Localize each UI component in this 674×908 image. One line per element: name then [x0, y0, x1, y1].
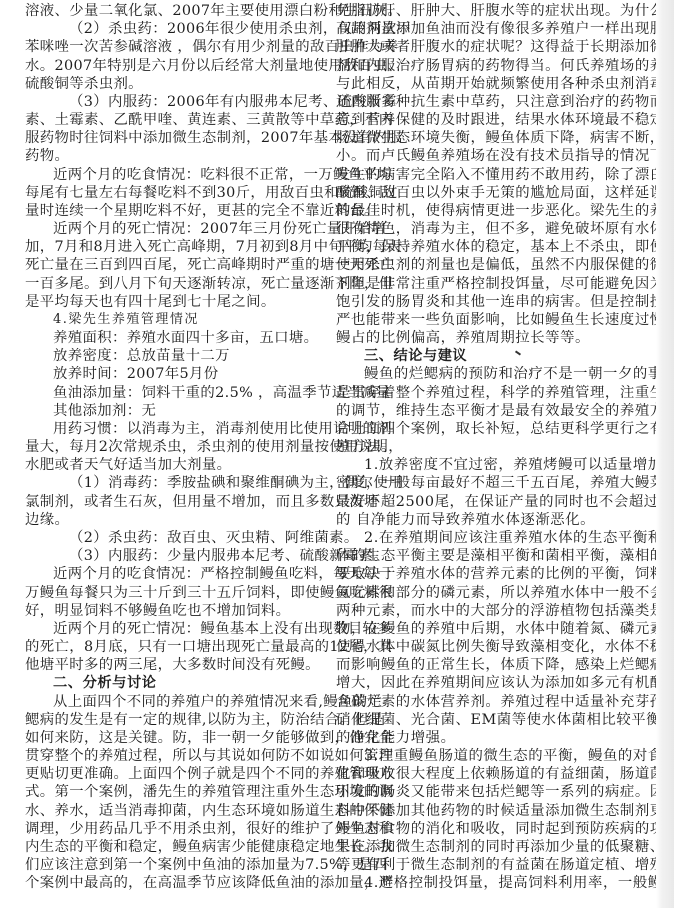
text-line: 近两个月的吃食情况：吃料很不正常，一万鳗鱼平均 — [25, 166, 335, 184]
text-line: 的死亡，8月底，只有一口塘出现死亡量最高的12尾，其 — [25, 638, 335, 656]
text-line: 含碳元素的水体营养剂。养殖过程中适量补充芽孢杆菌、 — [336, 693, 662, 711]
text-line: 殖方法。 — [336, 438, 662, 456]
text-line: 合上面四个案例，取长补短，总结更科学更行之有效的养 — [336, 420, 662, 438]
text-line: 高龄剂量添加鱼油而没有像很多养殖户一样出现脂肪肝、 — [336, 20, 662, 38]
text-line: 是平均每天也有四十尾到七十尾之间。 — [25, 293, 335, 311]
text-line: 调理，少用药品几乎不用杀虫剂，很好的维护了外生态和 — [25, 820, 335, 838]
text-line: 发生的病害完全陷入不懂用药不敢用药，除了漂白粉、硫 — [336, 166, 662, 184]
text-line: 用药习惯：以消毒为主，消毒剂使用比使用说明的剂 — [25, 420, 335, 438]
text-line: 的 自净能力而导致养殖水体逐渐恶化。 — [336, 511, 662, 529]
text-line: （3）内服药：少量内服弗本尼考、硫酸新霉素。 — [25, 547, 335, 565]
text-line: 万鳗鱼每餐只为三十斤到三十五斤饲料，即使鳗鱼吃料很 — [25, 584, 335, 602]
text-line: 鳗鱼对食物的消化和吸收，同时起到预防疾病的功效，如 — [336, 820, 662, 838]
text-line: 他塘平时多的两三尾，大多数时间没有死鳗。 — [25, 656, 335, 674]
text-line: 药物。 — [25, 147, 335, 165]
text-line: 溶液、少量二氧化氯、2007年主要使用漂白粉和生石灰。 — [25, 2, 335, 20]
right-column: 免脂肪肝、肝肿大、肝腹水等的症状出现。为什么潘先生高龄剂量添加鱼油而没有像很多养… — [336, 2, 662, 892]
text-line: 2.在养殖期间应该注重养殖水体的生态平衡和养殖水 — [336, 529, 662, 547]
text-line: 酸铜、敌百虫以外束手无策的尴尬局面，这样延误了治疗 — [336, 184, 662, 202]
text-line: 平衡，保持养殖水体的稳定，基本上不杀虫，即使杀虫， — [336, 238, 662, 256]
text-line: （1）消毒药：季胺盐碘和聚维酮碘为主，偶尔使用 — [25, 474, 335, 492]
text-line: 贯穿整个的养殖过程，所以与其说如何防不如说如何管理 — [25, 747, 335, 765]
text-line: 近两个月的吃食情况：严格控制鳗鱼吃料，每天每一 — [25, 565, 335, 583]
text-line: 而影响鳗鱼的正常生长，体质下降，感染上烂鳃病得机率 — [336, 656, 662, 674]
text-line: 剂但是非常注重严格控制投饵量，尽可能避免因为吃食过 — [336, 275, 662, 293]
text-line: 料中不添加其他药物的时候适量添加微生态制剂更有利于 — [336, 802, 662, 820]
text-line: 水肥或者天气好适当加大剂量。 — [25, 456, 335, 474]
text-line: 是贯穿着整个养殖过程，科学的养殖管理，注重生态环境 — [336, 384, 662, 402]
section-heading: 二、分析与讨论 — [25, 674, 335, 692]
text-line: 鳗鱼的烂鳃病的预防和治疗不是一朝一夕的事情，而 — [336, 365, 662, 383]
text-line: 1.放养密度不宜过密，养殖烤鳗可以适量增加放养的 — [336, 456, 662, 474]
text-line: 如何来防，这是关键。防，非一朝一夕能够做到，他完全 — [25, 729, 335, 747]
text-line: 死亡量在三百到四百尾，死亡高峰期时严重的塘一天死亡 — [25, 256, 335, 274]
text-line: 使得水体中碳氮比例失衡导致藻相变化，水体不稳定，从 — [336, 638, 662, 656]
text-line: 引发的肠炎又能带来包括烂鳃等一系列的病症。因此在饲 — [336, 783, 662, 801]
text-line: 使用杀虫剂的剂量也是偏低，虽然不内服保健的微生态制 — [336, 256, 662, 274]
text-line: 还内服多种抗生素中草药，只注意到治疗的药物而没有注 — [336, 93, 662, 111]
text-line: 小。而卢氏鳗鱼养殖场在没有技术员指导的情况下，面对 — [336, 147, 662, 165]
text-line: 两种元素，而水中的大部分的浮游植物包括藻类是碳三植 — [336, 602, 662, 620]
text-line: 与此相反，从苗期开始就频繁使用各种杀虫剂消毒剂同时 — [336, 75, 662, 93]
text-line: 素、土霉素、乙酰甲喹、黄连素、三黄散等中草药，不内 — [25, 111, 335, 129]
text-line: 剂和内服治疗肠胃病的药物得当。何氏养殖场的养殖情况 — [336, 57, 662, 75]
text-line: 氯制剂，或者生石灰，但用量不增加，而且多数只泼塘 — [25, 493, 335, 511]
text-line: 要取决于养殖水体的营养元素的比例的平衡，饲料中富含 — [336, 565, 662, 583]
text-line: 等更有利于微生态制剂的有益菌在肠道定植、增殖。 — [336, 856, 662, 874]
page-edge-shadow — [656, 0, 674, 908]
text-line: （2）杀虫药：敌百虫、灭虫精、阿维菌素。 — [25, 529, 335, 547]
text-line: 鱼油添加量：饲料干重的2.5% ，高温季节适当减量 — [25, 384, 335, 402]
text-line: 氮元素和部分的磷元素，所以养殖水体中一般不会缺少这 — [336, 584, 662, 602]
text-line: 水、养水，适当消毒抑菌，内生态环境如肠道生态的保健 — [25, 802, 335, 820]
text-line: （3）内服药：2006年有内服弗本尼考、硫酸新霉 — [25, 93, 335, 111]
document-page: 溶液、少量二氧化氯、2007年主要使用漂白粉和生石灰。（2）杀虫药：2006年很… — [0, 0, 674, 908]
text-line: 体的生态平衡主要是藻相平衡和菌相平衡，藻相的平衡主 — [336, 547, 662, 565]
text-line: 密度，一般每亩最好不超三千五百尾，养殖大鳗菜鳗每亩 — [336, 474, 662, 492]
text-line: 增大，因此在养殖期间应该认为添加如多元有机酸类的富 — [336, 674, 662, 692]
text-line: 很有特色，消毒为主，但不多，避免破坏原有水体的生态 — [336, 220, 662, 238]
text-line: 严也能带来一些负面影响，比如鳗鱼生长速度过慢，老头 — [336, 311, 662, 329]
text-line: 近两个月的死亡情况：鳗鱼基本上没有出现数目较多 — [25, 620, 335, 638]
text-line: 量大，每月2次常规杀虫，杀虫剂的使用剂量按使用说明， — [25, 438, 335, 456]
text-line: 每尾有七量左右每餐吃料不到30斤，用敌百虫和硫酸铜过 — [25, 184, 335, 202]
text-line: 3.注重鳗鱼肠道的微生态的平衡，鳗鱼的对食物的消 — [336, 747, 662, 765]
text-line: 4.严格控制投饵量，提高饲料利用率，一般鳗鱼的日 — [336, 874, 662, 892]
text-line: 意到营养保健的及时跟进，结果水体环境最不稳定，鳗鱼 — [336, 111, 662, 129]
text-line: 鳃病的发生是有一定的规律,以防为主，防治结合。但是 — [25, 711, 335, 729]
text-line: 服药物时往饲料中添加微生态制剂，2007年基本没有内服 — [25, 129, 335, 147]
text-line: 好，明显饲料不够鳗鱼吃也不增加饲料。 — [25, 602, 335, 620]
text-line: 鳗占的比例偏高，养殖周期拉长等等。 — [336, 329, 662, 347]
text-line: 硫酸铜等杀虫剂。 — [25, 75, 335, 93]
text-line: 养殖面积：养殖水面四十多亩，五口塘。 — [25, 329, 335, 347]
left-column: 溶液、少量二氧化氯、2007年主要使用漂白粉和生石灰。（2）杀虫药：2006年很… — [25, 2, 335, 892]
text-line: 从上面四个不同的养殖户的养殖情况来看,鳗鱼的烂 — [25, 693, 335, 711]
text-line: 的净化能力增强。 — [336, 729, 662, 747]
text-line: 肝肿大或者肝腹水的症状呢？这得益于长期添加微生态制 — [336, 38, 662, 56]
text-line: 量时连续一个星期吃料不好，更甚的完全不靠近料台。 — [25, 202, 335, 220]
text-line: 的调节，维持生态平衡才是最有效最安全的养殖方法。结 — [336, 402, 662, 420]
text-line: 其他添加剂：无 — [25, 402, 335, 420]
section-heading: 三、结论与建议 — [336, 347, 662, 365]
text-line: 更贴切更准确。上面四个例子就是四个不同的养殖管理方 — [25, 765, 335, 783]
text-line: 饱引发的肠胃炎和其他一连串的病害。但是控制投饵量过 — [336, 293, 662, 311]
text-line: 果在添加微生态制剂的同时再添加少量的低聚糖、寡聚糖 — [336, 838, 662, 856]
text-line: 水。2007年特别是六月份以后经常大剂量地使用敌百虫、 — [25, 57, 335, 75]
text-line: 一百多尾。到八月下旬天逐渐转凉，死亡量逐渐下降，但 — [25, 275, 335, 293]
text-line: 放养密度：总放苗量十二万 — [25, 347, 335, 365]
text-line: 放养时间：2007年5月份 — [25, 365, 335, 383]
text-line: 个案例中最高的，在高温季节应该降低鱼油的添加量，避 — [25, 874, 335, 892]
text-line: 硝化细菌、光合菌、EM菌等使水体菌相比较平衡，水体 — [336, 711, 662, 729]
text-line: 肠道微生态环境失衡，鳗鱼体质下降，病害不断，损失不 — [336, 129, 662, 147]
text-line: 式。第一个案例，潘先生的养殖管理注重外生态环境的调 — [25, 783, 335, 801]
text-line: 近两个月的死亡情况：2007年三月份死亡量开始增 — [25, 220, 335, 238]
text-line: 化和吸收很大程度上依赖肠道的有益细菌，肠道菌群失调 — [336, 765, 662, 783]
text-line: 边缘。 — [25, 511, 335, 529]
text-line: 的最佳时机，使得病情更进一步恶化。梁先生的养殖管理 — [336, 202, 662, 220]
text-line: （2）杀虫药：2006年很少使用杀虫剂，仅用两次甲 — [25, 20, 335, 38]
subsection-heading: 4.梁先生养殖管理情况 — [25, 311, 335, 329]
text-line: 苯咪唑一次苦参碱溶液 ，偶尔有用少剂量的敌百虫作为养 — [25, 38, 335, 56]
text-line: 免脂肪肝、肝肿大、肝腹水等的症状出现。为什么潘先生 — [336, 2, 662, 20]
text-line: 最好不超2500尾，在保证产量的同时也不会超过养殖水体 — [336, 493, 662, 511]
text-line: 物，在鳗鱼的养殖中后期，水体中随着氮、磷元素的积累 — [336, 620, 662, 638]
text-line: 加，7月和8月进入死亡高峰期，7月初到8月中旬平均每天 — [25, 238, 335, 256]
text-line: 们应该注意到第一个案例中鱼油的添加量为7.5%，是四 — [25, 856, 335, 874]
text-line: 内生态的平衡和稳定，鳗鱼病害少能健康稳定地生长。我 — [25, 838, 335, 856]
